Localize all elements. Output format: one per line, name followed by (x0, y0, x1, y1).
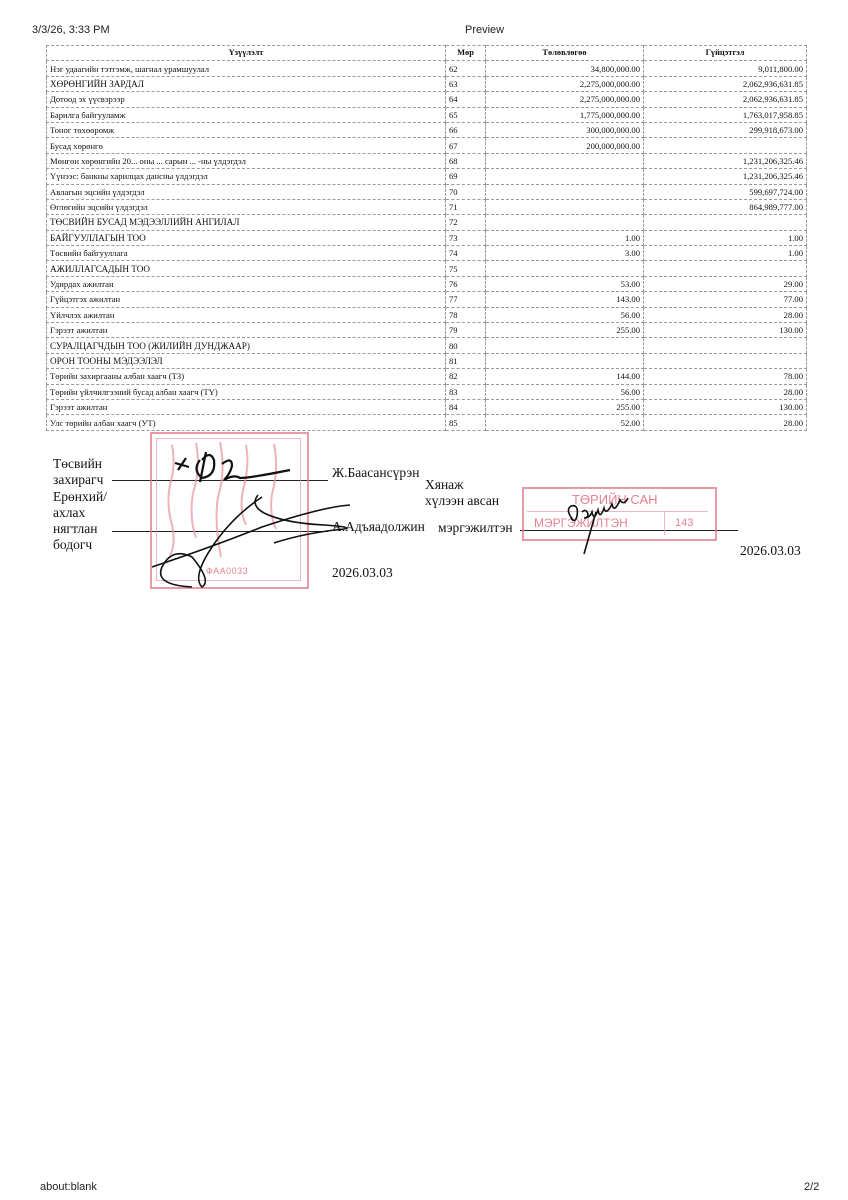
indicator-cell: Удирдах ажилтан (47, 276, 446, 291)
actual-cell (644, 261, 807, 276)
column-header-indicator: Үзүүлэлт (47, 46, 446, 61)
reviewer-title-line2: хүлээн авсан (425, 493, 499, 509)
table-row: Үүнээс: банкны харилцах дансны үлдэгдэл6… (47, 169, 807, 184)
plan-cell: 200,000,000.00 (486, 138, 644, 153)
print-title: Preview (465, 24, 504, 36)
indicator-cell: Улс төрийн албан хаагч (УТ) (47, 415, 446, 430)
table-row: Дотоод эх үүсвэрээр642,275,000,000.002,0… (47, 92, 807, 107)
plan-cell (486, 199, 644, 214)
table-row: Гэрээт ажилтан84255.00130.00 (47, 399, 807, 414)
actual-cell: 864,989,777.00 (644, 199, 807, 214)
table-row: АЖИЛЛАГСАДЫН ТОО75 (47, 261, 807, 276)
indicator-cell: ТӨСВИЙН БУСАД МЭДЭЭЛЛИЙН АНГИЛАЛ (47, 215, 446, 230)
table-row: Мөнгөн хөрөнгийн 20... оны ... сарын ...… (47, 153, 807, 168)
row-number-cell: 69 (446, 169, 486, 184)
print-datetime: 3/3/26, 3:33 PM (32, 24, 110, 36)
treasury-stamp-title: ТӨРИЙН САН (572, 492, 658, 507)
table-row: Бусад хөрөнгө67200,000,000.00 (47, 138, 807, 153)
budget-manager-title-line2: захирагч (53, 472, 103, 488)
table-row: Тоног төхөөромж66300,000,000.00299,918,6… (47, 122, 807, 137)
table-header-row: Үзүүлэлт Мөр Төлөвлөгөө Гүйцэтгэл (47, 46, 807, 61)
table-row: Үйлчлэх ажилтан7856.0028.00 (47, 307, 807, 322)
budget-manager-title-line1: Төсвийн (53, 456, 103, 472)
table-row: ОРОН ТООНЫ МЭДЭЭЛЭЛ81 (47, 353, 807, 368)
print-page-number: 2/2 (804, 1181, 819, 1193)
column-header-plan: Төлөвлөгөө (486, 46, 644, 61)
indicator-cell: Үйлчлэх ажилтан (47, 307, 446, 322)
actual-cell: 9,011,800.00 (644, 61, 807, 76)
chief-accountant-title-line4: бодогч (53, 537, 107, 553)
plan-cell: 2,275,000,000.00 (486, 92, 644, 107)
actual-cell: 599,697,724.00 (644, 184, 807, 199)
actual-cell (644, 215, 807, 230)
table-row: Төрийн захиргааны албан хаагч (ТЗ)82144.… (47, 369, 807, 384)
actual-cell: 1,231,206,325.46 (644, 169, 807, 184)
row-number-cell: 74 (446, 246, 486, 261)
indicator-cell: Дотоод эх үүсвэрээр (47, 92, 446, 107)
chief-accountant-title-line2: ахлах (53, 505, 107, 521)
chief-accountant-title-line1: Ерөнхий/ (53, 489, 107, 505)
treasury-stamp-number-divider (664, 511, 665, 535)
plan-cell (486, 153, 644, 168)
actual-cell: 130.00 (644, 399, 807, 414)
indicator-cell: Авлагын эцсийн үлдэгдэл (47, 184, 446, 199)
column-header-row-number: Мөр (446, 46, 486, 61)
row-number-cell: 71 (446, 199, 486, 214)
indicator-cell: Нэг удаагийн тэтгэмж, шагнал урамшуулал (47, 61, 446, 76)
table-row: Өглөгийн эцсийн үлдэгдэл71864,989,777.00 (47, 199, 807, 214)
plan-cell: 255.00 (486, 399, 644, 414)
row-number-cell: 66 (446, 122, 486, 137)
plan-cell: 53.00 (486, 276, 644, 291)
actual-cell: 1,763,017,958.85 (644, 107, 807, 122)
indicator-cell: Төсвийн байгууллага (47, 246, 446, 261)
indicator-cell: СУРАЛЦАГЧДЫН ТОО (ЖИЛИЙН ДУНДЖААР) (47, 338, 446, 353)
indicator-cell: Өглөгийн эцсийн үлдэгдэл (47, 199, 446, 214)
table-row: ТӨСВИЙН БУСАД МЭДЭЭЛЛИЙН АНГИЛАЛ72 (47, 215, 807, 230)
indicator-cell: Гэрээт ажилтан (47, 399, 446, 414)
table-row: Улс төрийн албан хаагч (УТ)8552.0028.00 (47, 415, 807, 430)
table-row: Удирдах ажилтан7653.0029.00 (47, 276, 807, 291)
treasury-stamp-divider (527, 511, 708, 512)
indicator-cell: Төрийн захиргааны албан хаагч (ТЗ) (47, 369, 446, 384)
left-signature-date: 2026.03.03 (332, 565, 393, 581)
row-number-cell: 78 (446, 307, 486, 322)
plan-cell: 1.00 (486, 230, 644, 245)
indicator-cell: АЖИЛЛАГСАДЫН ТОО (47, 261, 446, 276)
table-row: Төрийн үйлчилгээний бусад албан хаагч (Т… (47, 384, 807, 399)
indicator-cell: ХӨРӨНГИЙН ЗАРДАЛ (47, 76, 446, 91)
row-number-cell: 62 (446, 61, 486, 76)
plan-cell: 34,800,000.00 (486, 61, 644, 76)
print-url: about:blank (40, 1181, 97, 1193)
table-row: СУРАЛЦАГЧДЫН ТОО (ЖИЛИЙН ДУНДЖААР)80 (47, 338, 807, 353)
plan-cell: 3.00 (486, 246, 644, 261)
row-number-cell: 65 (446, 107, 486, 122)
row-number-cell: 77 (446, 292, 486, 307)
row-number-cell: 79 (446, 323, 486, 338)
indicator-cell: Үүнээс: банкны харилцах дансны үлдэгдэл (47, 169, 446, 184)
actual-cell (644, 138, 807, 153)
indicator-cell: Барилга байгууламж (47, 107, 446, 122)
plan-cell: 255.00 (486, 323, 644, 338)
plan-cell: 56.00 (486, 307, 644, 322)
budget-manager-title: Төсвийн захирагч (53, 456, 103, 488)
row-number-cell: 85 (446, 415, 486, 430)
reviewer-title: Хянаж хүлээн авсан (425, 477, 499, 509)
actual-cell: 28.00 (644, 415, 807, 430)
organization-seal-inner-border (156, 438, 301, 581)
actual-cell: 130.00 (644, 323, 807, 338)
row-number-cell: 68 (446, 153, 486, 168)
row-number-cell: 63 (446, 76, 486, 91)
table-row: Гэрээт ажилтан79255.00130.00 (47, 323, 807, 338)
actual-cell: 29.00 (644, 276, 807, 291)
chief-accountant-name: А.Адъяадолжин (332, 519, 425, 535)
treasury-stamp-number: 143 (675, 517, 693, 529)
budget-manager-name: Ж.Баасансүрэн (332, 465, 419, 481)
plan-cell: 2,275,000,000.00 (486, 76, 644, 91)
row-number-cell: 76 (446, 276, 486, 291)
actual-cell: 78.00 (644, 369, 807, 384)
indicator-cell: БАЙГУУЛЛАГЫН ТОО (47, 230, 446, 245)
row-number-cell: 75 (446, 261, 486, 276)
actual-cell: 2,062,936,631.85 (644, 76, 807, 91)
report-table: Үзүүлэлт Мөр Төлөвлөгөө Гүйцэтгэл Нэг уд… (46, 45, 807, 431)
row-number-cell: 80 (446, 338, 486, 353)
chief-accountant-title: Ерөнхий/ ахлах нягтлан бодогч (53, 489, 107, 553)
row-number-cell: 70 (446, 184, 486, 199)
actual-cell: 299,918,673.00 (644, 122, 807, 137)
indicator-cell: Мөнгөн хөрөнгийн 20... оны ... сарын ...… (47, 153, 446, 168)
plan-cell (486, 169, 644, 184)
actual-cell (644, 338, 807, 353)
plan-cell (486, 338, 644, 353)
plan-cell: 144.00 (486, 369, 644, 384)
plan-cell (486, 261, 644, 276)
plan-cell (486, 353, 644, 368)
plan-cell: 52.00 (486, 415, 644, 430)
table-row: Нэг удаагийн тэтгэмж, шагнал урамшуулал6… (47, 61, 807, 76)
indicator-cell: Тоног төхөөромж (47, 122, 446, 137)
right-signature-date: 2026.03.03 (740, 543, 801, 559)
actual-cell: 1,231,206,325.46 (644, 153, 807, 168)
report-table-body: Нэг удаагийн тэтгэмж, шагнал урамшуулал6… (47, 61, 807, 430)
plan-cell (486, 215, 644, 230)
table-row: Төсвийн байгууллага743.001.00 (47, 246, 807, 261)
actual-cell: 77.00 (644, 292, 807, 307)
plan-cell: 300,000,000.00 (486, 122, 644, 137)
plan-cell: 1,775,000,000.00 (486, 107, 644, 122)
row-number-cell: 81 (446, 353, 486, 368)
indicator-cell: Гүйцэтгэх ажилтан (47, 292, 446, 307)
table-row: ХӨРӨНГИЙН ЗАРДАЛ632,275,000,000.002,062,… (47, 76, 807, 91)
row-number-cell: 64 (446, 92, 486, 107)
row-number-cell: 73 (446, 230, 486, 245)
actual-cell: 28.00 (644, 384, 807, 399)
actual-cell: 28.00 (644, 307, 807, 322)
row-number-cell: 72 (446, 215, 486, 230)
actual-cell: 1.00 (644, 246, 807, 261)
print-header: 3/3/26, 3:33 PM Preview (0, 24, 848, 40)
chief-accountant-title-line3: нягтлан (53, 521, 107, 537)
column-header-actual: Гүйцэтгэл (644, 46, 807, 61)
actual-cell: 2,062,936,631.85 (644, 92, 807, 107)
row-number-cell: 82 (446, 369, 486, 384)
table-row: БАЙГУУЛЛАГЫН ТОО731.001.00 (47, 230, 807, 245)
plan-cell: 56.00 (486, 384, 644, 399)
indicator-cell: ОРОН ТООНЫ МЭДЭЭЛЭЛ (47, 353, 446, 368)
indicator-cell: Төрийн үйлчилгээний бусад албан хаагч (Т… (47, 384, 446, 399)
treasury-stamp-role: МЭРГЭЖИЛТЭН (534, 516, 628, 530)
indicator-cell: Гэрээт ажилтан (47, 323, 446, 338)
row-number-cell: 84 (446, 399, 486, 414)
plan-cell (486, 184, 644, 199)
table-row: Барилга байгууламж651,775,000,000.001,76… (47, 107, 807, 122)
actual-cell: 1.00 (644, 230, 807, 245)
reviewer-title-line3: мэргэжилтэн (438, 520, 513, 536)
seal-code: ФАА0033 (206, 566, 248, 576)
actual-cell (644, 353, 807, 368)
table-row: Гүйцэтгэх ажилтан77143.0077.00 (47, 292, 807, 307)
row-number-cell: 83 (446, 384, 486, 399)
indicator-cell: Бусад хөрөнгө (47, 138, 446, 153)
plan-cell: 143.00 (486, 292, 644, 307)
reviewer-title-line1: Хянаж (425, 477, 499, 493)
table-row: Авлагын эцсийн үлдэгдэл70599,697,724.00 (47, 184, 807, 199)
row-number-cell: 67 (446, 138, 486, 153)
